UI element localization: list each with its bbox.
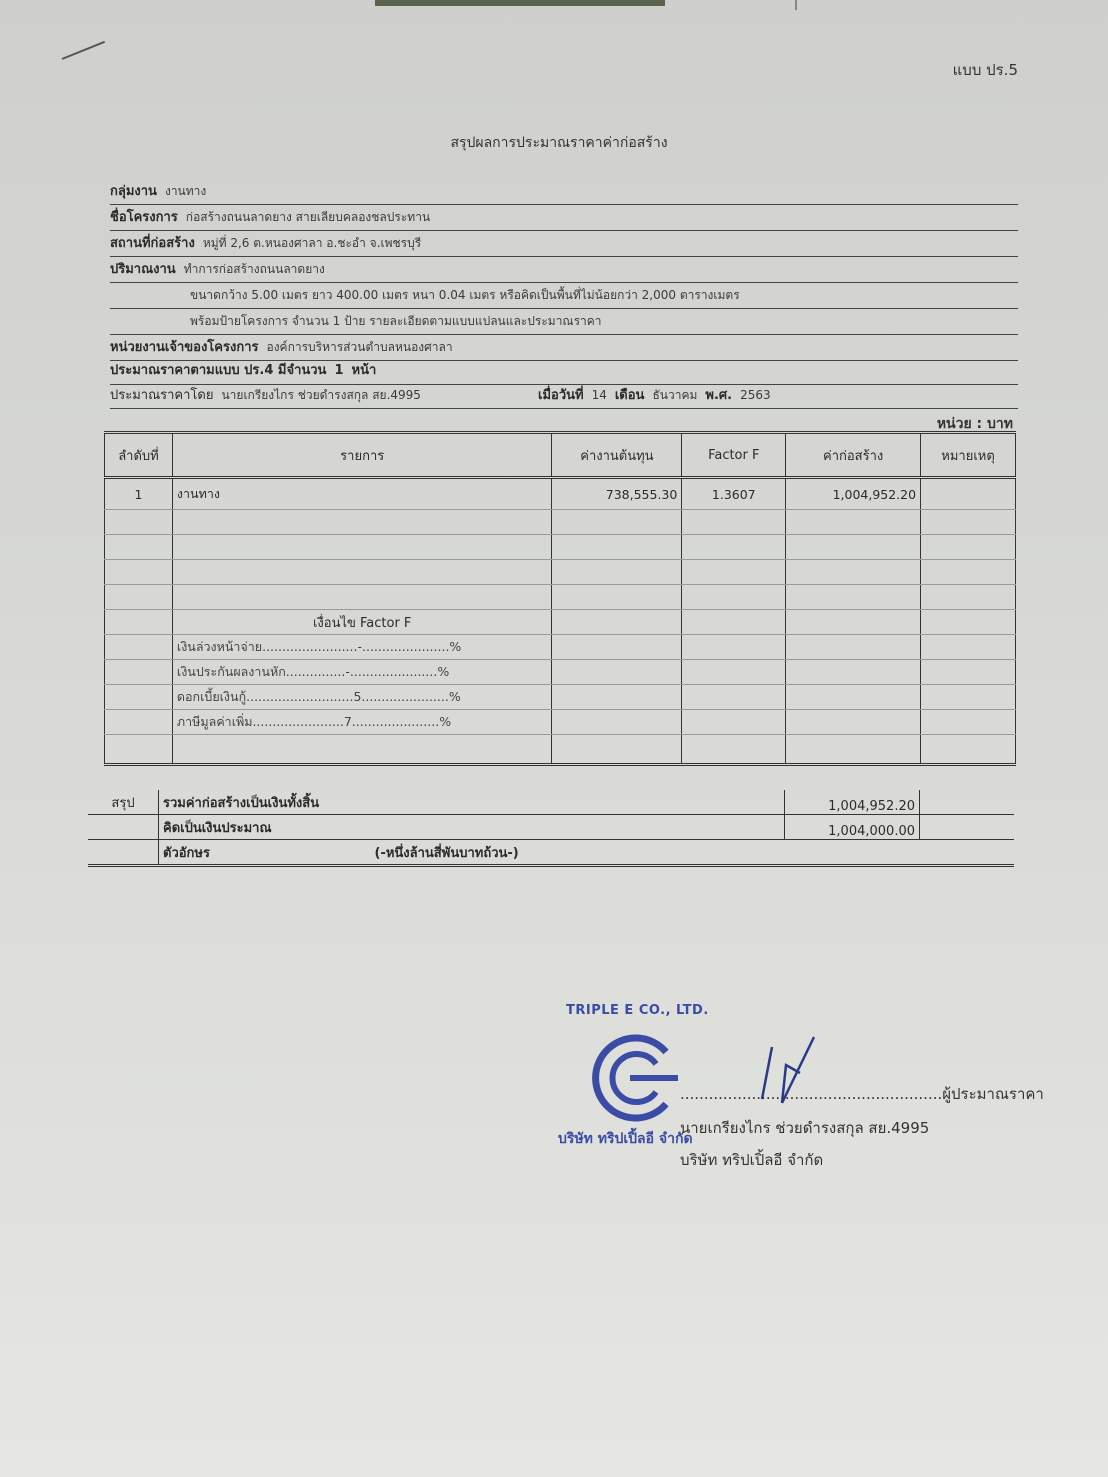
quantity-value: ทำการก่อสร้างถนนลาดยาง xyxy=(184,262,325,276)
field-estimate-ref: ประมาณราคาตามแบบ ปร.4 มีจำนวน1หน้า xyxy=(110,360,1018,385)
factor-condition-advance: เงินล่วงหน้าจ่าย........................… xyxy=(172,635,552,660)
header-item: รายการ xyxy=(172,433,552,478)
summary-text-label: ตัวอักษร xyxy=(163,846,210,861)
signature-role: ผู้ประมาณราคา xyxy=(942,1085,1044,1103)
estimator-label: ประมาณราคาโดย xyxy=(110,388,213,403)
factor-title-row: เงื่อนไข Factor F xyxy=(105,610,1016,635)
date-month: ธันวาคม xyxy=(652,388,697,402)
field-project-name: ชื่อโครงการก่อสร้างถนนลาดยาง สายเลียบคลอ… xyxy=(110,206,1018,231)
date-day: 14 xyxy=(592,388,607,402)
summary-rounded-value: 1,004,000.00 xyxy=(785,815,920,840)
summary-text: ตัวอักษร (-หนึ่งล้านสี่พันบาทถ้วน-) xyxy=(159,840,1015,866)
row-item: งานทาง xyxy=(172,478,552,510)
field-quantity: ปริมาณงานทำการก่อสร้างถนนลาดยาง xyxy=(110,258,1018,283)
header-no: ลำดับที่ xyxy=(105,433,173,478)
row-cost: 738,555.30 xyxy=(552,478,682,510)
field-location: สถานที่ก่อสร้างหมู่ที่ 2,6 ต.หนองศาลา อ.… xyxy=(110,232,1018,257)
quantity-line2: ขนาดกว้าง 5.00 เมตร ยาว 400.00 เมตร หนา … xyxy=(190,288,740,302)
field-owner: หน่วยงานเจ้าของโครงการองค์การบริหารส่วนต… xyxy=(110,336,1018,361)
summary-total-label: รวมค่าก่อสร้างเป็นเงินทั้งสิ้น xyxy=(159,790,785,815)
stamp-company-en: TRIPLE E CO., LTD. xyxy=(566,1003,709,1018)
work-group-value: งานทาง xyxy=(165,184,206,198)
location-label: สถานที่ก่อสร้าง xyxy=(110,236,195,251)
factor-condition-row: ภาษีมูลค่าเพิ่ม.......................7.… xyxy=(105,710,1016,735)
summary-rounded-label: คิดเป็นเงินประมาณ xyxy=(159,815,785,840)
empty-row xyxy=(105,560,1016,585)
form-code: แบบ ปร.5 xyxy=(953,58,1018,82)
work-group-label: กลุ่มงาน xyxy=(110,184,157,199)
date-day-label: เมื่อวันที่ xyxy=(538,388,584,403)
row-no: 1 xyxy=(105,478,173,510)
owner-value: องค์การบริหารส่วนตำบลหนองศาลา xyxy=(266,340,452,354)
factor-condition-retention: เงินประกันผลงานหัก...............-......… xyxy=(172,660,552,685)
signature-line: ........................................… xyxy=(680,1082,1044,1106)
summary-label: สรุป xyxy=(88,790,159,815)
location-value: หมู่ที่ 2,6 ต.หนองศาลา อ.ชะอำ จ.เพชรบุรี xyxy=(203,236,421,250)
date-group: เมื่อวันที่14เดือนธันวาคมพ.ศ.2563 xyxy=(538,384,771,407)
header-factor: Factor F xyxy=(682,433,786,478)
estimator-value: นายเกรียงไกร ช่วยดำรงสกุล สย.4995 xyxy=(221,388,420,402)
summary-text-row: ตัวอักษร (-หนึ่งล้านสี่พันบาทถ้วน-) xyxy=(88,840,1014,866)
factor-condition-interest: ดอกเบี้ยเงินกู้.........................… xyxy=(172,685,552,710)
header-construction: ค่าก่อสร้าง xyxy=(786,433,921,478)
quantity-label: ปริมาณงาน xyxy=(110,262,176,277)
factor-condition-vat: ภาษีมูลค่าเพิ่ม.......................7.… xyxy=(172,710,552,735)
owner-label: หน่วยงานเจ้าของโครงการ xyxy=(110,340,258,355)
field-quantity-line2: ขนาดกว้าง 5.00 เมตร ยาว 400.00 เมตร หนา … xyxy=(110,284,1018,309)
row-note xyxy=(921,478,1016,510)
header-cost: ค่างานต้นทุน xyxy=(552,433,682,478)
paper-clip-edge xyxy=(795,0,797,10)
summary-rounded-row: คิดเป็นเงินประมาณ 1,004,000.00 xyxy=(88,815,1014,840)
field-estimator: ประมาณราคาโดยนายเกรียงไกร ช่วยดำรงสกุล ส… xyxy=(110,384,1018,409)
pen-mark xyxy=(62,41,105,60)
estimate-ref-label: ประมาณราคาตามแบบ ปร.4 มีจำนวน xyxy=(110,363,326,378)
empty-row xyxy=(105,510,1016,535)
field-quantity-line3: พร้อมป้ายโครงการ จำนวน 1 ป้าย รายละเอียด… xyxy=(110,310,1018,335)
quantity-line3: พร้อมป้ายโครงการ จำนวน 1 ป้าย รายละเอียด… xyxy=(190,314,602,328)
factor-condition-row: เงินประกันผลงานหัก...............-......… xyxy=(105,660,1016,685)
estimate-table: ลำดับที่ รายการ ค่างานต้นทุน Factor F ค่… xyxy=(104,431,1016,766)
factor-conditions-title: เงื่อนไข Factor F xyxy=(172,610,552,635)
table-header-row: ลำดับที่ รายการ ค่างานต้นทุน Factor F ค่… xyxy=(105,433,1016,478)
project-name-label: ชื่อโครงการ xyxy=(110,210,178,225)
document-title: สรุปผลการประมาณราคาค่าก่อสร้าง xyxy=(0,132,1108,154)
summary-table: สรุป รวมค่าก่อสร้างเป็นเงินทั้งสิ้น 1,00… xyxy=(88,790,1014,867)
estimate-ref-value: 1 xyxy=(334,363,343,378)
factor-condition-row: ดอกเบี้ยเงินกู้.........................… xyxy=(105,685,1016,710)
signature-company: บริษัท ทริปเปิ้ลอี จำกัด xyxy=(680,1148,823,1172)
summary-total-row: สรุป รวมค่าก่อสร้างเป็นเงินทั้งสิ้น 1,00… xyxy=(88,790,1014,815)
empty-row xyxy=(105,535,1016,560)
table-row: 1 งานทาง 738,555.30 1.3607 1,004,952.20 xyxy=(105,478,1016,510)
empty-row xyxy=(105,735,1016,765)
summary-text-value: (-หนึ่งล้านสี่พันบาทถ้วน-) xyxy=(375,846,519,861)
summary-total-value: 1,004,952.20 xyxy=(785,790,920,815)
field-work-group: กลุ่มงานงานทาง xyxy=(110,180,1018,205)
empty-row xyxy=(105,585,1016,610)
row-factor: 1.3607 xyxy=(682,478,786,510)
header-note: หมายเหตุ xyxy=(921,433,1016,478)
project-name-value: ก่อสร้างถนนลาดยาง สายเลียบคลองชลประทาน xyxy=(186,210,430,224)
company-logo-icon xyxy=(586,1030,682,1126)
estimate-ref-suffix: หน้า xyxy=(352,363,377,378)
date-year: 2563 xyxy=(740,388,771,402)
date-month-label: เดือน xyxy=(615,388,645,403)
paper-clip xyxy=(375,0,665,6)
row-construction: 1,004,952.20 xyxy=(786,478,921,510)
stamp-company-th: บริษัท ทริปเปิ้ลอี จำกัด xyxy=(558,1128,693,1150)
factor-condition-row: เงินล่วงหน้าจ่าย........................… xyxy=(105,635,1016,660)
signature-name: นายเกรียงไกร ช่วยดำรงสกุล สย.4995 xyxy=(680,1116,929,1140)
date-year-label: พ.ศ. xyxy=(705,388,732,403)
